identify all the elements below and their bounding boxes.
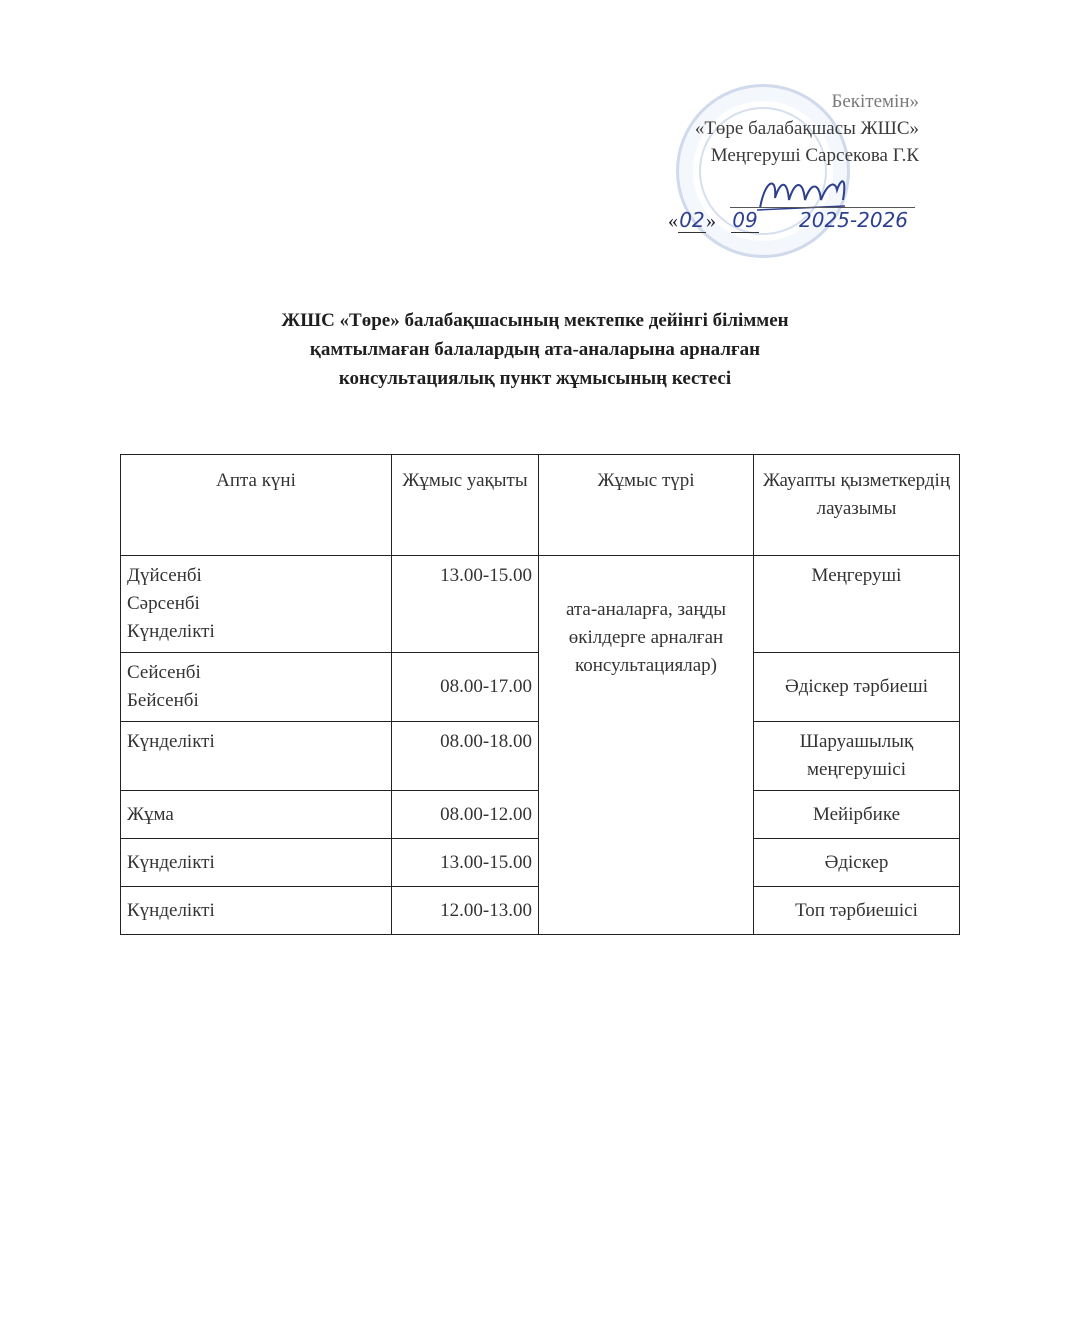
weekday: Жұма [127,801,385,829]
work-time-cell: 08.00-12.00 [392,791,539,839]
work-time-cell: 08.00-17.00 [392,653,539,722]
work-time-cell: 12.00-13.00 [392,887,539,935]
position-cell: Шаруашылық меңгерушісі [754,722,960,791]
weekday: Күнделікті [127,897,385,925]
date-year: 2025-2026 [799,208,908,232]
position-cell: Мейірбике [754,791,960,839]
header-weekday: Апта күні [121,455,392,556]
work-time-cell: 13.00-15.00 [392,839,539,887]
approval-date: «02» 09 2025-2026 [668,208,908,233]
position-cell: Әдіскер [754,839,960,887]
table-header-row: Апта күні Жұмыс уақыты Жұмыс түрі Жауапт… [121,455,960,556]
document-title: ЖШС «Төре» балабақшасының мектепке дейін… [150,306,920,393]
weekday-cell: Дүйсенбі Сәрсенбі Күнделікті [121,556,392,653]
header-work-type: Жұмыс түрі [539,455,754,556]
work-time-cell: 13.00-15.00 [392,556,539,653]
title-line-2: қамтылмаған балалардың ата-аналарына арн… [150,335,920,364]
position-cell: Топ тәрбиешісі [754,887,960,935]
weekday-cell: Күнделікті [121,722,392,791]
weekday-cell: Сейсенбі Бейсенбі [121,653,392,722]
weekday: Дүйсенбі [127,562,385,590]
title-line-3: консультациялық пункт жұмысының кестесі [150,364,920,393]
date-quote-close: » [706,210,716,232]
schedule-table: Апта күні Жұмыс уақыты Жұмыс түрі Жауапт… [120,454,960,935]
organization-name: «Төре балабақшасы ЖШС» [695,115,919,142]
weekday: Күнделікті [127,618,385,646]
weekday-cell: Күнделікті [121,839,392,887]
weekday: Күнделікті [127,849,385,877]
title-line-1: ЖШС «Төре» балабақшасының мектепке дейін… [150,306,920,335]
header-responsible-position: Жауапты қызметкердің лауазымы [754,455,960,556]
table-row: Дүйсенбі Сәрсенбі Күнделікті 13.00-15.00… [121,556,960,653]
weekday: Бейсенбі [127,687,385,715]
head-name: Меңгеруші Сарсекова Г.К [695,142,919,169]
position-cell: Меңгеруші [754,556,960,653]
date-day: 02 [678,208,706,233]
weekday: Сейсенбі [127,659,385,687]
weekday-cell: Күнделікті [121,887,392,935]
approval-block: Бекітемін» «Төре балабақшасы ЖШС» Меңгер… [695,88,919,169]
header-work-time: Жұмыс уақыты [392,455,539,556]
weekday: Күнделікті [127,728,385,756]
position-cell: Әдіскер тәрбиеші [754,653,960,722]
weekday-cell: Жұма [121,791,392,839]
work-time-cell: 08.00-18.00 [392,722,539,791]
date-month: 09 [731,208,759,233]
approved-label: Бекітемін» [695,88,919,115]
work-type-cell: ата-аналарға, заңды өкілдерге арналған к… [539,556,754,935]
weekday: Сәрсенбі [127,590,385,618]
date-quote-open: « [668,210,678,232]
